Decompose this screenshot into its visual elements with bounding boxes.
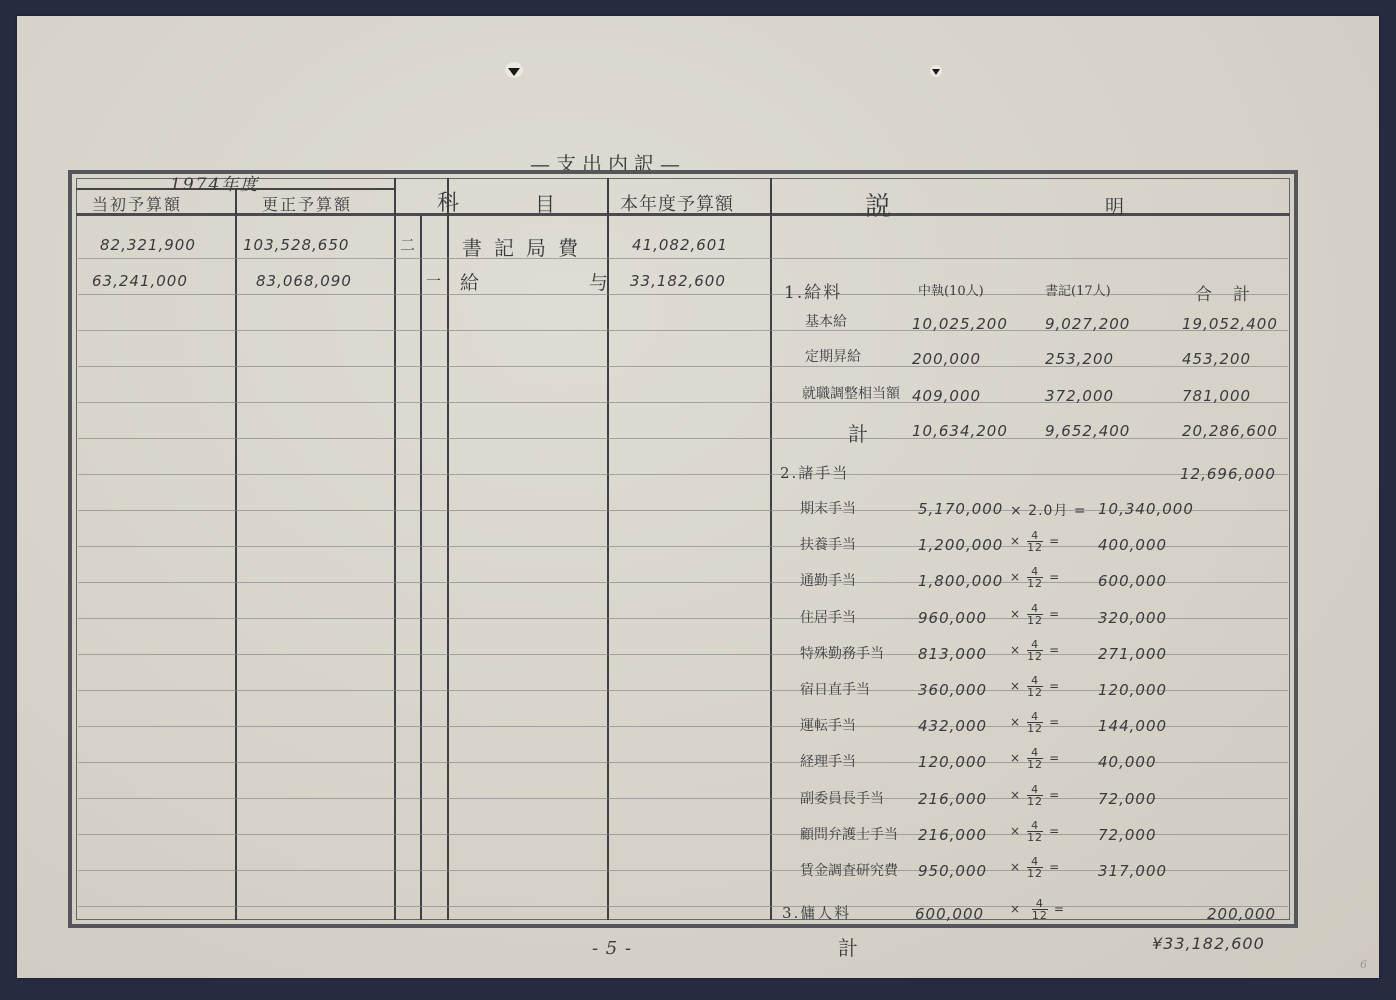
- allowance-result: 120,000: [1098, 681, 1167, 699]
- allowance-label: 期末手当: [800, 498, 856, 518]
- salary-line-total: 20,286,600: [1182, 422, 1278, 440]
- allowance-multiplier: ×412=: [1010, 603, 1060, 626]
- allowance-base: 1,800,000: [918, 572, 1003, 590]
- salary-col-total: 合 計: [1195, 280, 1252, 305]
- salary-col-a: 中執(10人): [918, 280, 984, 299]
- allowance-base: 120,000: [918, 753, 987, 771]
- allowance-label: 副委員長手当: [800, 788, 884, 808]
- salary-line-b: 9,652,400: [1045, 422, 1130, 440]
- salary-line-total: 453,200: [1182, 350, 1251, 368]
- col-line: [394, 178, 396, 920]
- allowance-multiplier: ×412=: [1010, 566, 1060, 589]
- row2-item: 給 与: [460, 268, 632, 295]
- allowance-result: 40,000: [1098, 753, 1157, 771]
- ruled-line: [78, 474, 1288, 475]
- col-explanation: 説: [865, 186, 893, 223]
- salary-line-label: 就職調整相当額: [802, 383, 900, 403]
- allowance-result: 144,000: [1098, 717, 1167, 735]
- allowance-label: 扶養手当: [800, 534, 856, 554]
- row1-current: 41,082,601: [632, 236, 728, 254]
- ruled-line: [78, 258, 1288, 259]
- allowance-base: 432,000: [918, 717, 987, 735]
- salary-line-a: 10,025,200: [912, 315, 1008, 333]
- col-item-2: 目: [535, 188, 557, 217]
- allowance-label: 経理手当: [800, 751, 856, 771]
- allowance-base: 360,000: [918, 681, 987, 699]
- salary-line-b: 253,200: [1045, 350, 1114, 368]
- salary-line-a: 10,634,200: [912, 422, 1008, 440]
- year-label: 1974年度: [170, 170, 259, 195]
- salary-line-a: 200,000: [912, 350, 981, 368]
- salary-line-label: 基本給: [805, 311, 847, 331]
- allowance-multiplier: × 2.0月 =: [1010, 500, 1087, 520]
- allowance-result: 320,000: [1098, 609, 1167, 627]
- col-line: [447, 178, 449, 920]
- salary-line-label: 計: [848, 418, 868, 447]
- row2-initial: 63,241,000: [92, 272, 188, 290]
- col-initial-budget: 当初予算額: [92, 192, 182, 215]
- allowance-result: 400,000: [1098, 536, 1167, 554]
- row2-revised: 83,068,090: [256, 272, 352, 290]
- row2-sub: 一: [426, 270, 443, 291]
- allowance-result: 72,000: [1098, 826, 1157, 844]
- allowance-multiplier: ×412=: [1010, 711, 1060, 734]
- allowance-multiplier: ×412=: [1010, 747, 1060, 770]
- allowance-base: 1,200,000: [918, 536, 1003, 554]
- row1-item: 書記局費: [462, 232, 590, 261]
- allowance-multiplier: ×412=: [1010, 856, 1060, 879]
- row2-current: 33,182,600: [630, 272, 726, 290]
- row1-revised: 103,528,650: [243, 236, 349, 254]
- footer-total-label: 計: [838, 932, 860, 961]
- allowance-base: 813,000: [918, 645, 987, 663]
- salary-line-a: 409,000: [912, 387, 981, 405]
- allowance-label: 宿日直手当: [800, 679, 870, 699]
- page-number: - 5 -: [592, 938, 632, 959]
- punch-hole-left: [505, 62, 523, 78]
- salary-col-b: 書記(17人): [1045, 280, 1111, 299]
- col-current-budget: 本年度予算額: [620, 190, 734, 216]
- allowances-label: 2.諸手当: [780, 462, 849, 483]
- hired-result: 200,000: [1207, 905, 1276, 923]
- allowance-multiplier: ×412=: [1010, 784, 1060, 807]
- salary-line-b: 372,000: [1045, 387, 1114, 405]
- col-line: [420, 215, 422, 920]
- footer-total: ¥33,182,600: [1152, 934, 1265, 953]
- hired-fraction: × 412=: [1010, 898, 1065, 921]
- allowances-total: 12,696,000: [1180, 465, 1276, 483]
- col-item: 科: [437, 186, 461, 217]
- allowance-label: 運転手当: [800, 715, 856, 735]
- hired-base: 600,000: [915, 905, 984, 923]
- col-explanation-2: 明: [1105, 192, 1126, 219]
- hired-label: 3.傭人料: [782, 902, 851, 923]
- col-revised-budget: 更正予算額: [262, 192, 352, 215]
- row1-index: 二: [400, 234, 417, 255]
- row1-initial: 82,321,900: [100, 236, 196, 254]
- ruled-line: [78, 906, 1288, 907]
- allowance-multiplier: ×412=: [1010, 639, 1060, 662]
- allowance-result: 600,000: [1098, 572, 1167, 590]
- allowance-label: 賃金調査研究費: [800, 860, 898, 880]
- salary-label: 1.給料: [784, 278, 842, 303]
- corner-mark: 6: [1360, 958, 1368, 971]
- allowance-base: 216,000: [918, 826, 987, 844]
- col-line: [770, 178, 772, 920]
- allowance-label: 特殊勤務手当: [800, 643, 884, 663]
- allowance-label: 通勤手当: [800, 570, 856, 590]
- salary-line-total: 19,052,400: [1182, 315, 1278, 333]
- col-line: [235, 188, 237, 920]
- allowance-result: 72,000: [1098, 790, 1157, 808]
- allowance-base: 960,000: [918, 609, 987, 627]
- salary-line-total: 781,000: [1182, 387, 1251, 405]
- allowance-result: 271,000: [1098, 645, 1167, 663]
- salary-line-b: 9,027,200: [1045, 315, 1130, 333]
- allowance-multiplier: ×412=: [1010, 820, 1060, 843]
- salary-line-label: 定期昇給: [805, 346, 861, 366]
- allowance-multiplier: ×412=: [1010, 675, 1060, 698]
- allowance-base: 5,170,000: [918, 500, 1003, 518]
- allowance-label: 住居手当: [800, 607, 856, 627]
- allowance-base: 950,000: [918, 862, 987, 880]
- allowance-label: 顧問弁護士手当: [800, 824, 898, 844]
- allowance-result: 10,340,000: [1098, 500, 1194, 518]
- allowance-result: 317,000: [1098, 862, 1167, 880]
- allowance-base: 216,000: [918, 790, 987, 808]
- punch-hole-right: [930, 65, 942, 77]
- allowance-multiplier: ×412=: [1010, 530, 1060, 553]
